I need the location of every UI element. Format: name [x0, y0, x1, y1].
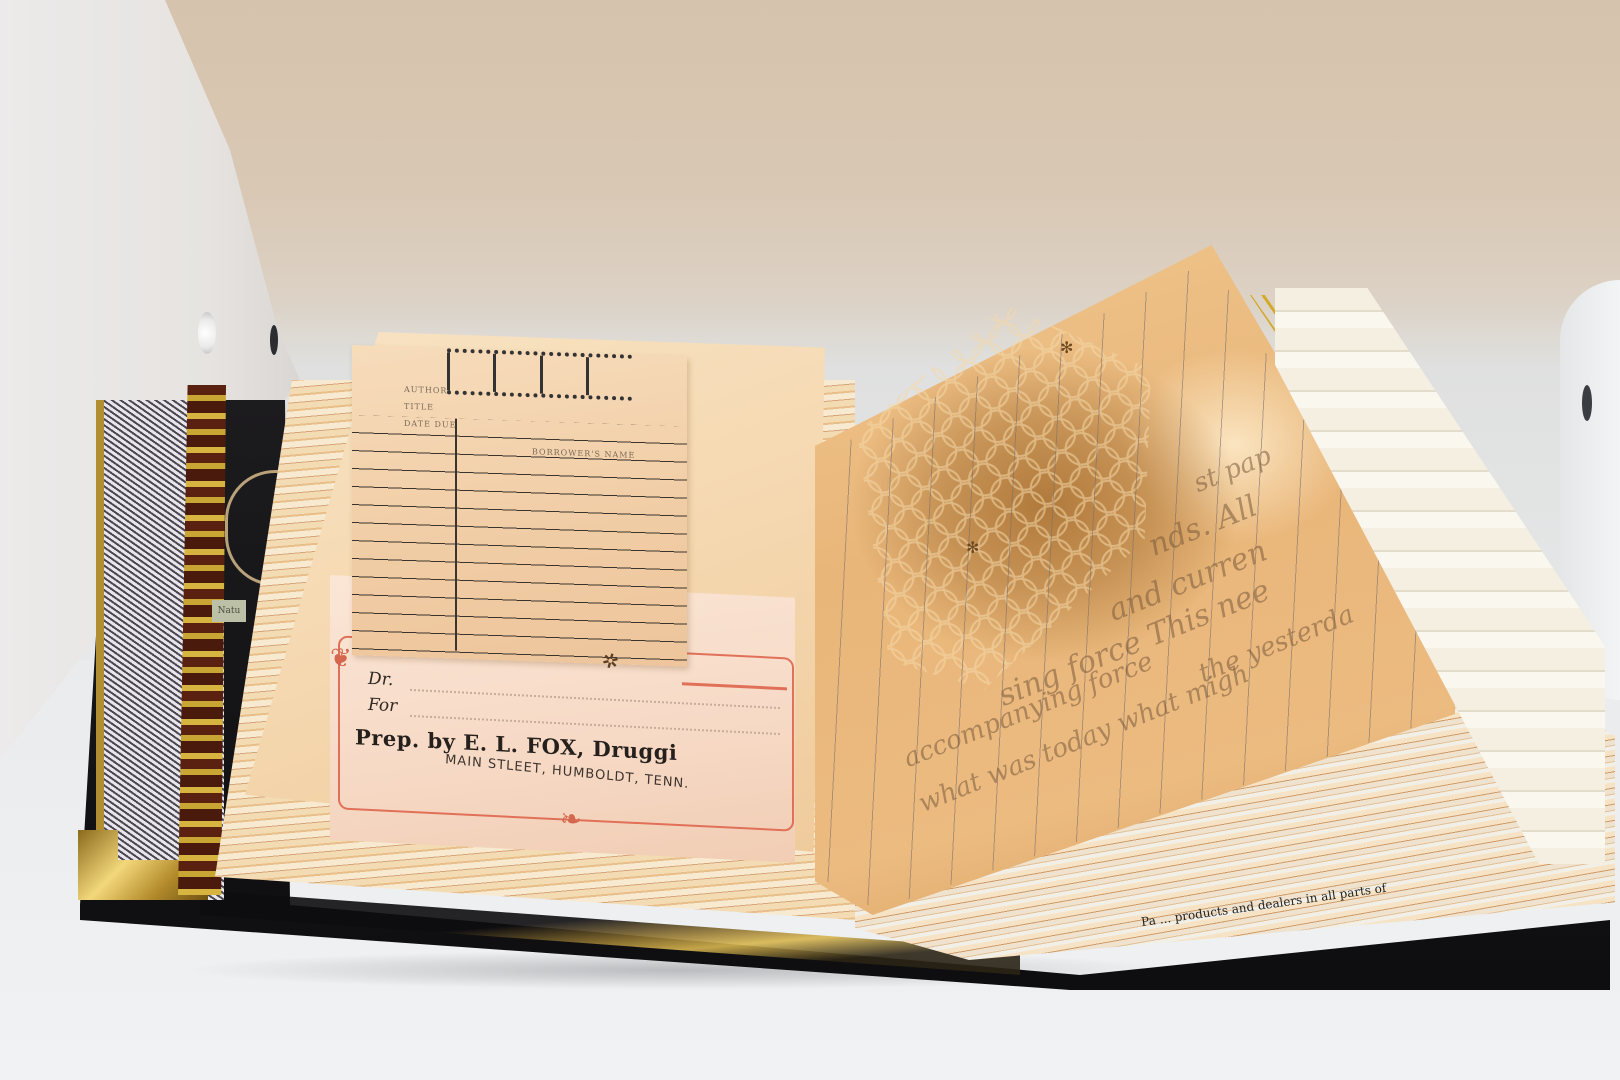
lightbox-hole-right [1582, 385, 1592, 421]
film-strip-icon [447, 348, 632, 400]
card-ruled-rows [352, 415, 687, 667]
lightbox-hole-left [270, 325, 278, 355]
film-frame [586, 357, 632, 397]
card-label-title: TITLE [404, 402, 434, 412]
film-frame [493, 354, 539, 394]
nature-tag: Natu [212, 600, 246, 622]
bee-icon: ✻ [1060, 338, 1073, 357]
library-card: AUTHOR TITLE DATE DUE BORROWER'S NAME ✲ [352, 345, 687, 667]
card-column-divider [455, 419, 457, 651]
film-frame [540, 356, 586, 396]
card-label-author: AUTHOR [404, 385, 447, 396]
pharmacy-dr-label: Dr. [368, 669, 393, 690]
flourish-icon: ❦ [330, 643, 352, 674]
photo-scene: Natu ❦ ❧ Dr. For Prep. by E. L. FOX, Dru… [0, 0, 1620, 1080]
lightbox-clip [198, 312, 216, 354]
flourish-icon: ❧ [560, 804, 582, 835]
pharmacy-for-label: For [368, 695, 397, 716]
film-frame [447, 352, 493, 392]
bee-icon: ✻ [966, 538, 979, 557]
